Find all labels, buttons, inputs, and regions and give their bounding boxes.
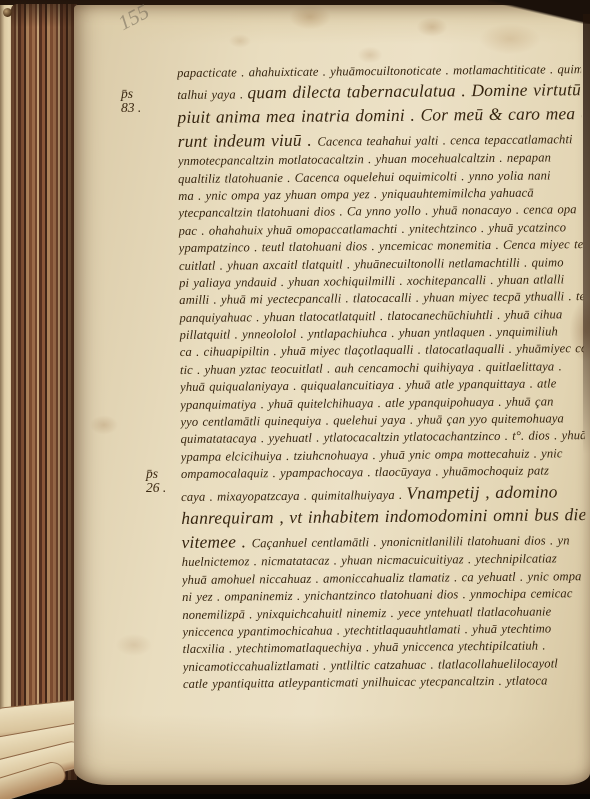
psalm-abbreviation: p̄s [121,87,141,101]
nahuatl-text-segment: ypampa elcicihuiya . tziuhcnohuaya . yhu… [181,446,563,464]
latin-quote-segment: piuit anima mea inatria domini . Cor meū… [177,103,581,127]
margin-note-psalm-26: p̄s 26 . [146,467,166,495]
nahuatl-text-segment: ypampatzinco . teutl tlatohuani dios . y… [179,237,583,255]
nahuatl-text-segment: ni yez . ompaninemiz . ynichantzinco tla… [182,586,573,604]
nahuatl-text-segment: yhuā quiqualaniyaya . quiqualancuitiaya … [180,377,556,395]
nahuatl-text-segment: yhuā amohuel niccahuaz . amoniccahualiz … [182,569,582,587]
psalm-abbreviation: p̄s [146,467,166,481]
text-line: hanrequiram , vt inhabitem indomodomini … [181,503,585,530]
psalm-number: 83 . [121,100,141,115]
nahuatl-text-segment: ompamocalaquiz . ypampachocaya . tlaocūy… [181,464,549,482]
nahuatl-text-segment: pi yaliaya yndauid . yhuan xochiquilmill… [179,272,564,290]
psalm-number: 26 . [146,480,166,495]
nahuatl-text-segment: panquiyahuac . yhuan tlatocatlatquitl . … [179,307,562,325]
nahuatl-text-segment: tlacxilia . ytechtimomatlaquechiya . yhu… [183,639,546,656]
book-photo: 155 p̄s 83 . p̄s 26 . papacticate . ahah… [0,0,590,799]
nahuatl-text-segment: amilli . yhuā mi yectecpancalli . tlatoc… [179,289,583,307]
nahuatl-text-segment: quimatatacaya . yyehuatl . ytlatocacaltz… [181,429,585,447]
margin-note-psalm-83: p̄s 83 . [121,87,141,115]
nahuatl-text-segment: ypanquimatiya . yhuā quitelchihuaya . at… [180,394,553,412]
nahuatl-text-segment: ynicamoticcahualiztlamati . yntliltic ca… [183,656,558,674]
nahuatl-text-segment: ca . cihuapipiltin . yhuā miyec tlaçotla… [180,341,584,359]
nahuatl-text-segment: ytecpancaltzin tlatohuani dios . Ca ynno… [178,203,576,221]
manuscript-page: 155 p̄s 83 . p̄s 26 . papacticate . ahah… [74,5,590,785]
nahuatl-text-segment: talhui yaya . [177,88,247,103]
nahuatl-text-segment: pac . ohahahuix yhuā omopaccatlamachti .… [179,220,567,238]
text-line: catle ypantiquitta atleypanticmati ynilh… [183,672,587,693]
nahuatl-text-segment: cuitlatl . yhuan axcaitl tlatquitl . yhu… [179,255,564,273]
nahuatl-text-segment: tic . yhuan yztac teocuitlatl . auh cenc… [180,359,562,377]
nahuatl-text-segment: catle ypantiquitta atleypanticmati ynilh… [183,674,548,691]
latin-quote-segment: Vnampetij , adomino [406,481,557,502]
nahuatl-text-segment: yyo centlamātli quinequiya . quelehui ya… [180,411,564,429]
latin-quote-segment: runt indeum viuū . [178,129,318,150]
latin-quote-segment: vitemee . [181,531,251,552]
nahuatl-text-segment: Cacenca teahahui yalti . cenca tepaccatl… [317,132,572,148]
nahuatl-text-segment: caya . mixayopatzcaya . quimitalhuiyaya … [181,487,406,503]
nahuatl-text-segment: yniccenca ypantimochicahua . ytechtitlaq… [182,621,551,639]
latin-quote-segment: hanrequiram , vt inhabitem indomodomini … [181,504,585,528]
nahuatl-text-segment: qualtiliz tlatohuanie . Cacenca oquelehu… [178,168,551,186]
text-line: piuit anima mea inatria domini . Cor meū… [177,102,581,129]
nahuatl-text-segment: papacticate . ahahuixticate . yhuāmocuil… [177,62,581,80]
binding-stud [3,8,12,17]
nahuatl-text-segment: ynmotecpancaltzin motlatocacaltzin . yhu… [178,151,551,169]
nahuatl-text-segment: huelnictemoz . nicmatatacaz . yhuan nicm… [182,552,557,570]
nahuatl-text-segment: pillatquitl . ynneololol . yntlapachiuhc… [180,324,558,342]
nahuatl-text-segment: Caçanhuel centlamātli . ynonicnitlanilil… [252,533,570,550]
nahuatl-text-segment: ma . ynic ompa yaz yhuan ompa yez . yniq… [178,186,534,203]
text-block: papacticate . ahahuixticate . yhuāmocuil… [177,61,587,693]
page-corner-shadow [488,0,590,24]
nahuatl-text-segment: nonemilizpā . ynixquichcahuitl ninemiz .… [182,604,551,622]
page-fore-edge-stack [11,4,77,780]
latin-quote-segment: quam dilecta tabernaculatua . Domine vir… [247,79,581,103]
pencil-folio-number: 155 [114,0,154,36]
right-edge-shadow [583,14,590,454]
